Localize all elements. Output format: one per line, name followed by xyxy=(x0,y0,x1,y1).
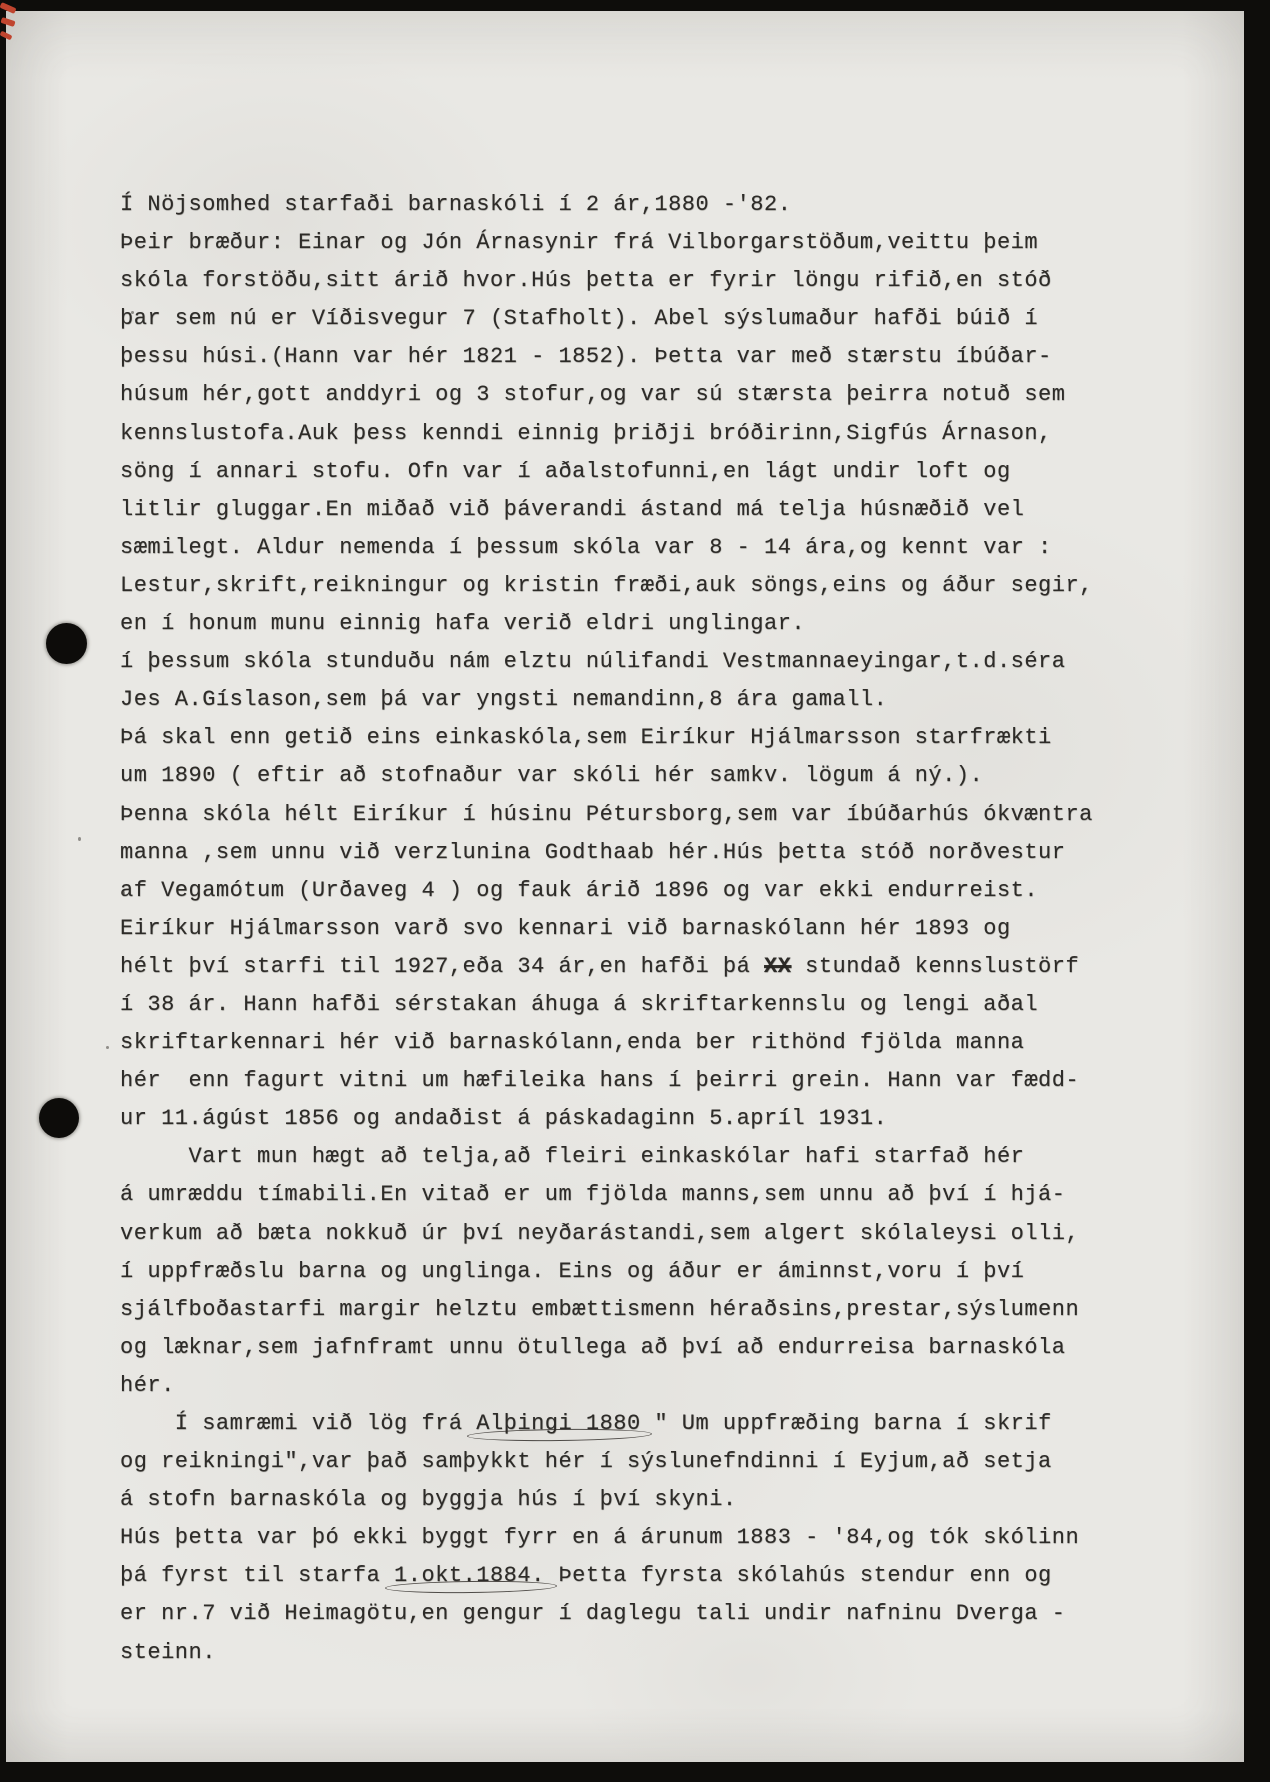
paper-speck xyxy=(131,311,134,314)
typewritten-line: ur 11.ágúst 1856 og andaðist á páskadagi… xyxy=(120,1100,1093,1138)
text-segment: stundað kennslustörf xyxy=(791,954,1079,979)
text-block: Í Nöjsomhed starfaði barnaskóli í 2 ár,1… xyxy=(120,186,1093,1672)
text-segment: af Vegamótum (Urðaveg 4 ) og fauk árið 1… xyxy=(120,878,1038,903)
text-segment: Vart mun hægt að telja,að fleiri einkask… xyxy=(120,1144,1024,1169)
strike-text: XX xyxy=(764,954,791,979)
text-segment: á stofn barnaskóla og byggja hús í því s… xyxy=(120,1487,737,1512)
typewritten-line: Lestur,skrift,reikningur og kristin fræð… xyxy=(120,567,1093,605)
typewritten-line: og reikningi",var það samþykkt hér í sýs… xyxy=(120,1443,1093,1481)
scan-background: { "document": { "kind": "scanned typewri… xyxy=(0,0,1270,1782)
text-segment: Þetta fyrsta skólahús stendur enn og xyxy=(545,1563,1052,1588)
text-segment: Þenna skóla hélt Eiríkur í húsinu Péturs… xyxy=(120,802,1093,827)
text-segment: Í samræmi við lög frá xyxy=(120,1411,476,1436)
typewritten-line: þá fyrst til starfa 1.okt.1884. Þetta fy… xyxy=(120,1557,1093,1595)
typewritten-line: og læknar,sem jafnframt unnu ötullega að… xyxy=(120,1329,1093,1367)
underline-text: 1.okt.1884. xyxy=(394,1563,545,1588)
typewritten-line: Vart mun hægt að telja,að fleiri einkask… xyxy=(120,1138,1093,1176)
text-segment: litlir gluggar.En miðað við þáverandi ás… xyxy=(120,497,1024,522)
text-segment: Í Nöjsomhed starfaði barnaskóli í 2 ár,1… xyxy=(120,192,791,217)
typewritten-line: Eiríkur Hjálmarsson varð svo kennari við… xyxy=(120,910,1093,948)
typewritten-line: Þeir bræður: Einar og Jón Árnasynir frá … xyxy=(120,224,1093,262)
typewritten-line: hér. xyxy=(120,1367,1093,1405)
text-segment: Lestur,skrift,reikningur og kristin fræð… xyxy=(120,573,1093,598)
typewritten-line: Þá skal enn getið eins einkaskóla,sem Ei… xyxy=(120,719,1093,757)
text-segment: verkum að bæta nokkuð úr því neyðarástan… xyxy=(120,1221,1079,1246)
text-segment: hélt því starfi til 1927,eða 34 ár,en ha… xyxy=(120,954,764,979)
typewritten-line: sjálfboðastarfi margir helztu embættisme… xyxy=(120,1291,1093,1329)
text-segment: Þeir bræður: Einar og Jón Árnasynir frá … xyxy=(120,230,1038,255)
typewritten-line: Hús þetta var þó ekki byggt fyrr en á ár… xyxy=(120,1519,1093,1557)
typewritten-line: í 38 ár. Hann hafði sérstakan áhuga á sk… xyxy=(120,986,1093,1024)
text-segment: en í honum munu einnig hafa verið eldri … xyxy=(120,611,805,636)
text-segment: skriftarkennari hér við barnaskólann,end… xyxy=(120,1030,1024,1055)
typewritten-line: í þessum skóla stunduðu nám elztu núlifa… xyxy=(120,643,1093,681)
text-segment: Hús þetta var þó ekki byggt fyrr en á ár… xyxy=(120,1525,1079,1550)
paper-speck xyxy=(106,1046,109,1049)
text-segment: í 38 ár. Hann hafði sérstakan áhuga á sk… xyxy=(120,992,1038,1017)
typewritten-line: skriftarkennari hér við barnaskólann,end… xyxy=(120,1024,1093,1062)
typewritten-line: þessu húsi.(Hann var hér 1821 - 1852). Þ… xyxy=(120,338,1093,376)
text-segment: þessu húsi.(Hann var hér 1821 - 1852). Þ… xyxy=(120,344,1052,369)
text-segment: " Um uppfræðing barna í skrif xyxy=(641,1411,1052,1436)
text-segment: Jes A.Gíslason,sem þá var yngsti nemandi… xyxy=(120,687,887,712)
text-segment: hér. xyxy=(120,1373,175,1398)
text-segment: í uppfræðslu barna og unglinga. Eins og … xyxy=(120,1259,1024,1284)
typewritten-line: í uppfræðslu barna og unglinga. Eins og … xyxy=(120,1253,1093,1291)
text-segment: Þá skal enn getið eins einkaskóla,sem Ei… xyxy=(120,725,1052,750)
typewritten-line: Í samræmi við lög frá Alþingi 1880 " Um … xyxy=(120,1405,1093,1443)
paper-speck xyxy=(78,837,81,841)
typewritten-line: litlir gluggar.En miðað við þáverandi ás… xyxy=(120,491,1093,529)
underline-text: Alþingi 1880 xyxy=(476,1411,640,1436)
text-segment: kennslustofa.Auk þess kenndi einnig þrið… xyxy=(120,421,1052,446)
typewritten-line: af Vegamótum (Urðaveg 4 ) og fauk árið 1… xyxy=(120,872,1093,910)
typewritten-line: hélt því starfi til 1927,eða 34 ár,en ha… xyxy=(120,948,1093,986)
typewritten-line: verkum að bæta nokkuð úr því neyðarástan… xyxy=(120,1215,1093,1253)
typewritten-line: Í Nöjsomhed starfaði barnaskóli í 2 ár,1… xyxy=(120,186,1093,224)
typewritten-line: steinn. xyxy=(120,1634,1093,1672)
typewritten-line: hér enn fagurt vitni um hæfileika hans í… xyxy=(120,1062,1093,1100)
typewritten-line: þar sem nú er Víðisvegur 7 (Stafholt). A… xyxy=(120,300,1093,338)
text-segment: ur 11.ágúst 1856 og andaðist á páskadagi… xyxy=(120,1106,887,1131)
text-segment: á umræddu tímabili.En vitað er um fjölda… xyxy=(120,1182,1065,1207)
hole-punch xyxy=(46,623,87,664)
typewritten-line: er nr.7 við Heimagötu,en gengur í dagleg… xyxy=(120,1595,1093,1633)
text-segment: og reikningi",var það samþykkt hér í sýs… xyxy=(120,1449,1052,1474)
typewritten-line: Jes A.Gíslason,sem þá var yngsti nemandi… xyxy=(120,681,1093,719)
typewritten-line: Þenna skóla hélt Eiríkur í húsinu Péturs… xyxy=(120,796,1093,834)
typewritten-line: um 1890 ( eftir að stofnaður var skóli h… xyxy=(120,757,1093,795)
typewritten-line: á umræddu tímabili.En vitað er um fjölda… xyxy=(120,1176,1093,1214)
text-segment: steinn. xyxy=(120,1640,216,1665)
text-segment: og læknar,sem jafnframt unnu ötullega að… xyxy=(120,1335,1065,1360)
typewritten-line: húsum hér,gott anddyri og 3 stofur,og va… xyxy=(120,376,1093,414)
text-segment: þar sem nú er Víðisvegur 7 (Stafholt). A… xyxy=(120,306,1038,331)
hole-punch xyxy=(39,1098,79,1138)
text-segment: skóla forstöðu,sitt árið hvor.Hús þetta … xyxy=(120,268,1052,293)
typewritten-line: sæmilegt. Aldur nemenda í þessum skóla v… xyxy=(120,529,1093,567)
text-segment: um 1890 ( eftir að stofnaður var skóli h… xyxy=(120,763,983,788)
text-segment: þá fyrst til starfa xyxy=(120,1563,394,1588)
typewritten-line: kennslustofa.Auk þess kenndi einnig þrið… xyxy=(120,415,1093,453)
text-segment: Eiríkur Hjálmarsson varð svo kennari við… xyxy=(120,916,1011,941)
text-segment: manna ,sem unnu við verzlunina Godthaab … xyxy=(120,840,1065,865)
text-segment: hér enn fagurt vitni um hæfileika hans í… xyxy=(120,1068,1079,1093)
typewritten-line: manna ,sem unnu við verzlunina Godthaab … xyxy=(120,834,1093,872)
text-segment: sjálfboðastarfi margir helztu embættisme… xyxy=(120,1297,1079,1322)
text-segment: söng í annari stofu. Ofn var í aðalstofu… xyxy=(120,459,1011,484)
paper-sheet: Í Nöjsomhed starfaði barnaskóli í 2 ár,1… xyxy=(6,11,1244,1762)
text-segment: er nr.7 við Heimagötu,en gengur í dagleg… xyxy=(120,1601,1065,1626)
typewritten-line: söng í annari stofu. Ofn var í aðalstofu… xyxy=(120,453,1093,491)
text-segment: í þessum skóla stunduðu nám elztu núlifa… xyxy=(120,649,1065,674)
typewritten-line: en í honum munu einnig hafa verið eldri … xyxy=(120,605,1093,643)
typewritten-line: skóla forstöðu,sitt árið hvor.Hús þetta … xyxy=(120,262,1093,300)
paper-speck xyxy=(121,891,125,895)
typewritten-line: á stofn barnaskóla og byggja hús í því s… xyxy=(120,1481,1093,1519)
text-segment: húsum hér,gott anddyri og 3 stofur,og va… xyxy=(120,382,1065,407)
text-segment: sæmilegt. Aldur nemenda í þessum skóla v… xyxy=(120,535,1052,560)
